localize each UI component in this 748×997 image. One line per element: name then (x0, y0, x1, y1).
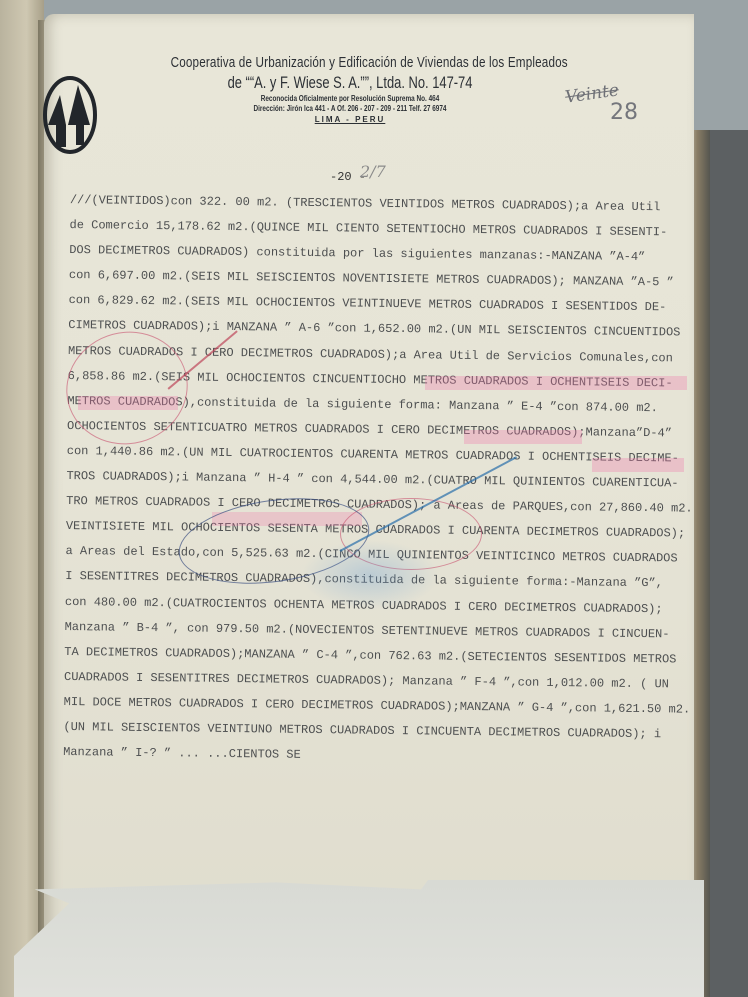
letterhead-city: LIMA - PERU (120, 114, 580, 126)
page-number-handwritten: 2/7 (360, 162, 386, 181)
document-body: ///(VEINTIDOS)con 322. 00 m2. (TRESCIENT… (63, 188, 690, 773)
torn-paper-fragment (14, 880, 704, 997)
highlight-area-util-servicios (425, 376, 687, 390)
highlight-manzana-d4 (592, 458, 684, 472)
faded-blue-stamp (300, 540, 440, 610)
folio-number: 28 (610, 100, 638, 125)
letterhead-line-1: Cooperativa de Urbanización y Edificació… (171, 52, 530, 74)
highlight-manzana-e4 (464, 430, 582, 444)
letterhead-address: Dirección: Jirón Ica 441 - A Of. 206 - 2… (166, 104, 534, 114)
background-surface (710, 130, 748, 997)
letterhead-recognition: Reconocida Oficialmente por Resolución S… (166, 94, 534, 104)
cooperative-logo-icon (42, 75, 98, 155)
letterhead: Cooperativa de Urbanización y Edificació… (120, 52, 580, 126)
letterhead-line-2: de ““A. y F. Wiese S. A.””, Ltda. No. 14… (175, 72, 525, 94)
